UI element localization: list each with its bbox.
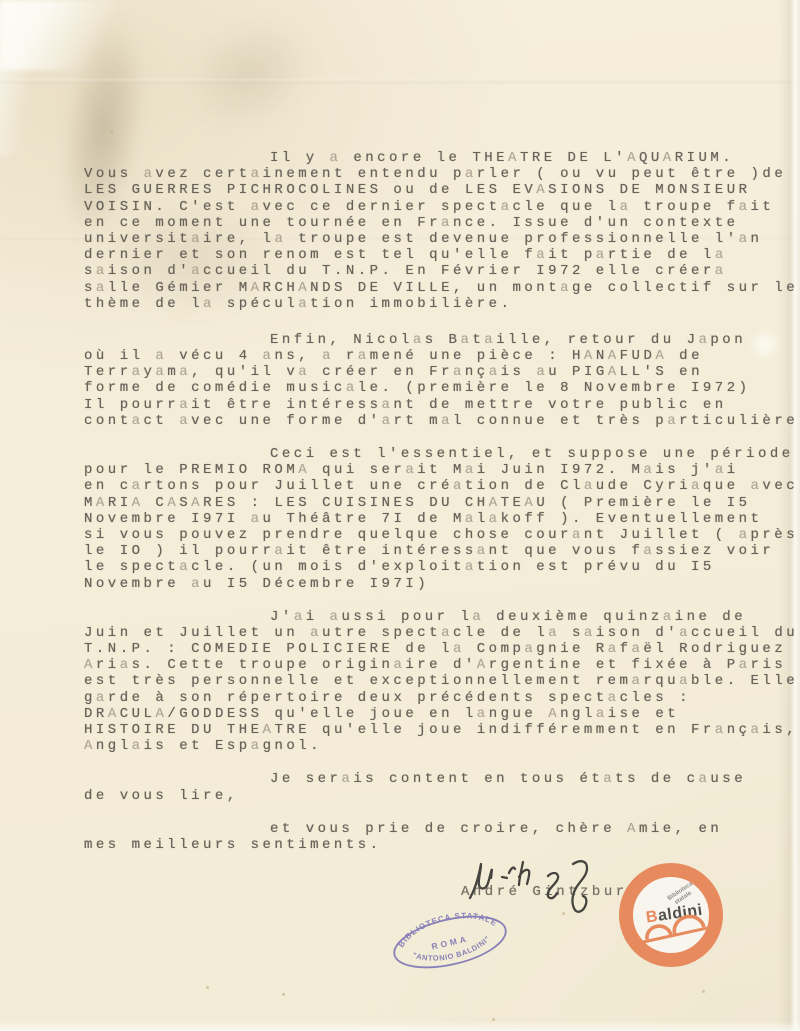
letter-line: DRACULA/GODDESS qu'elle joue en langue A… (84, 706, 800, 722)
letter-line: Arias. Cette troupe originaire d'Argenti… (84, 657, 800, 673)
handwritten-signature (445, 850, 615, 925)
letter-line: est très personnelle et exceptionnelleme… (84, 673, 800, 689)
letter-line: Novembre au I5 Décembre I97I) (84, 576, 800, 592)
letter-line: Novembre I97I au Théâtre 7I de Malakoff … (84, 511, 800, 527)
letter-line: thème de la spéculation immobilière. (84, 296, 800, 312)
letter-paragraph: Ceci est l'essentiel, et suppose une pér… (84, 446, 800, 592)
letter-line: garde à son répertoire deux précédents s… (84, 690, 800, 706)
paper-speck (702, 990, 705, 993)
scanned-letter-page: Il y a encore le THEATRE DE L'AQUARIUM.V… (0, 0, 800, 1031)
letter-line: dernier et son renom est tel qu'elle fai… (84, 247, 800, 263)
letter-line: forme de comédie musicale. (première le … (84, 380, 800, 396)
letter-paragraph: J'ai aussi pour la deuxième quinzaine de… (84, 609, 800, 755)
paper-bottom-edge (0, 1021, 800, 1031)
letter-line: T.N.P. : COMEDIE POLICIERE de la Compagn… (84, 641, 800, 657)
letter-line: salle Gémier MARCHANDS DE VILLE, un mont… (84, 280, 800, 296)
paper-speck (282, 993, 285, 996)
letter-line: saison d'accueil du T.N.P. En Février I9… (84, 263, 800, 279)
letter-line: VOISIN. C'est avec ce dernier spectacle … (84, 199, 800, 215)
fold-line (0, 79, 800, 83)
letter-line: Il y a encore le THEATRE DE L'AQUARIUM. (84, 150, 800, 166)
letter-line: Vous avez certainement entendu parler ( … (84, 166, 800, 182)
letter-line: le spectacle. (un mois d'exploitation es… (84, 559, 800, 575)
letter-line: Enfin, Nicolas Bataille, retour du Japon (84, 332, 800, 348)
letter-line: en ce moment une tournée en France. Issu… (84, 215, 800, 231)
letter-paragraph: Il y a encore le THEATRE DE L'AQUARIUM.V… (84, 150, 800, 312)
baldini-logo: Biblioteca statale Baldini (612, 856, 730, 974)
letter-paragraph: et vous prie de croire, chère Amie, enme… (84, 821, 800, 853)
letter-line: HISTOIRE DU THEATRE qu'elle joue indiffé… (84, 722, 800, 738)
letter-body: Il y a encore le THEATRE DE L'AQUARIUM.V… (84, 150, 800, 870)
letter-line: Juin et Juillet un autre spectacle de la… (84, 625, 800, 641)
letter-line: pour le PREMIO ROMA qui serait Mai Juin … (84, 462, 800, 478)
letter-paragraph: Je serais content en tous états de cause… (84, 771, 800, 803)
letter-line: contact avec une forme d'art mal connue … (84, 413, 800, 429)
letter-line: de vous lire, (84, 788, 800, 804)
paper-speck (206, 986, 209, 989)
letter-line: universitaire, la troupe est devenue pro… (84, 231, 800, 247)
letter-line: MARIA CASARES : LES CUISINES DU CHATEAU … (84, 495, 800, 511)
letter-line: Ceci est l'essentiel, et suppose une pér… (84, 446, 800, 462)
letter-line: et vous prie de croire, chère Amie, en (84, 821, 800, 837)
letter-line: où il a vécu 4 ans, a ramené une pièce :… (84, 348, 800, 364)
paper-speck (110, 130, 113, 133)
letter-line: le IO ) il pourrait être intéressant que… (84, 543, 800, 559)
letter-line: en cartons pour Juillet une création de … (84, 478, 800, 494)
letter-line: J'ai aussi pour la deuxième quinzaine de (84, 609, 800, 625)
letter-line: mes meilleurs sentiments. (84, 837, 800, 853)
letter-line: si vous pouvez prendre quelque chose cou… (84, 527, 800, 543)
letter-line: Anglais et Espagnol. (84, 738, 800, 754)
letter-line: Il pourrait être intéressant de mettre v… (84, 397, 800, 413)
letter-line: Je serais content en tous états de cause (84, 771, 800, 787)
letter-line: LES GUERRES PICHROCOLINES ou de LES EVAS… (84, 182, 800, 198)
letter-line: Terrayama, qu'il va créer en Français au… (84, 364, 800, 380)
paper-speck (492, 1018, 495, 1021)
letter-paragraph: Enfin, Nicolas Bataille, retour du Japon… (84, 332, 800, 429)
